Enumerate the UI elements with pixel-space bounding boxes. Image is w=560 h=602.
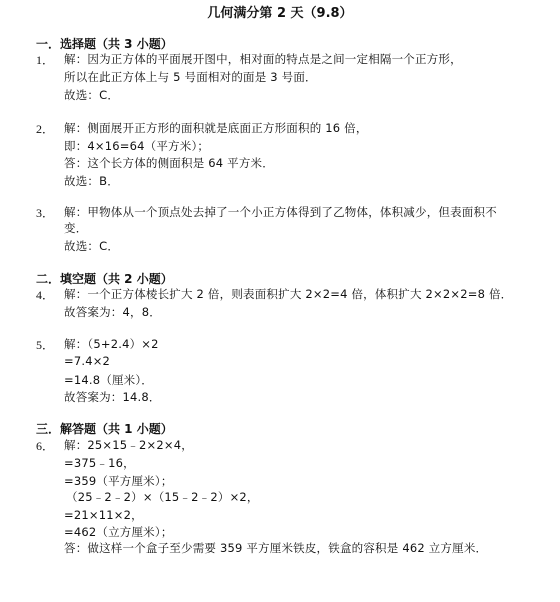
answer-line: 故选：C． — [64, 238, 119, 254]
answer-line: =375﹣16， — [64, 455, 135, 471]
answer-line: =462（立方厘米）； — [64, 524, 173, 540]
answer-line: 故答案为：4，8． — [64, 304, 161, 320]
answer-line: =14.8（厘米）． — [64, 372, 153, 388]
answer-line: 解：一个正方体棱长扩大 2 倍，则表面积扩大 2×2=4 倍，体积扩大 2×2×… — [64, 286, 512, 302]
answer-line: （25﹣2﹣2）×（15﹣2﹣2）×2， — [66, 489, 259, 505]
section-header-problem-solving: 三．解答题（共 1 小题） — [36, 420, 173, 437]
answer-line: 故选：C． — [64, 87, 119, 103]
question-number: 2． — [36, 120, 54, 137]
section-header-multiple-choice: 一．选择题（共 3 小题） — [36, 35, 173, 52]
answer-line: =359（平方厘米）； — [64, 473, 173, 489]
section-header-fill-in: 二．填空题（共 2 小题） — [36, 270, 173, 287]
answer-line: =7.4×2 — [64, 354, 110, 368]
question-number: 4． — [36, 286, 54, 303]
answer-line: 所以在此正方体上与 5 号面相对的面是 3 号面． — [64, 69, 317, 85]
answer-line: 解：（5+2.4）×2 — [64, 336, 159, 352]
document-title: 几何满分第 2 天（9.8） — [0, 2, 560, 21]
question-number: 6． — [36, 437, 54, 454]
answer-line: 变． — [64, 220, 87, 236]
answer-line: 答：做这样一个盒子至少需要 359 平方厘米铁皮，铁盒的容积是 462 立方厘米… — [64, 540, 487, 556]
answer-line: 答：这个长方体的侧面积是 64 平方米． — [64, 155, 274, 171]
question-number: 3． — [36, 204, 54, 221]
answer-line: =21×11×2， — [64, 507, 143, 523]
question-number: 5． — [36, 336, 54, 353]
answer-line: 即：4×16=64（平方米）； — [64, 138, 209, 154]
answer-line: 解：25×15﹣2×2×4， — [64, 437, 193, 453]
answer-line: 解：因为正方体的平面展开图中，相对面的特点是之间一定相隔一个正方形， — [64, 51, 462, 67]
answer-line: 故选：B． — [64, 173, 119, 189]
question-number: 1． — [36, 51, 54, 68]
answer-line: 解：甲物体从一个顶点处去掉了一个小正方体得到了乙物体，体积减少，但表面积不 — [64, 204, 497, 220]
answer-line: 解：侧面展开正方形的面积就是底面正方形面积的 16 倍， — [64, 120, 368, 136]
answer-line: 故答案为：14.8． — [64, 389, 161, 405]
